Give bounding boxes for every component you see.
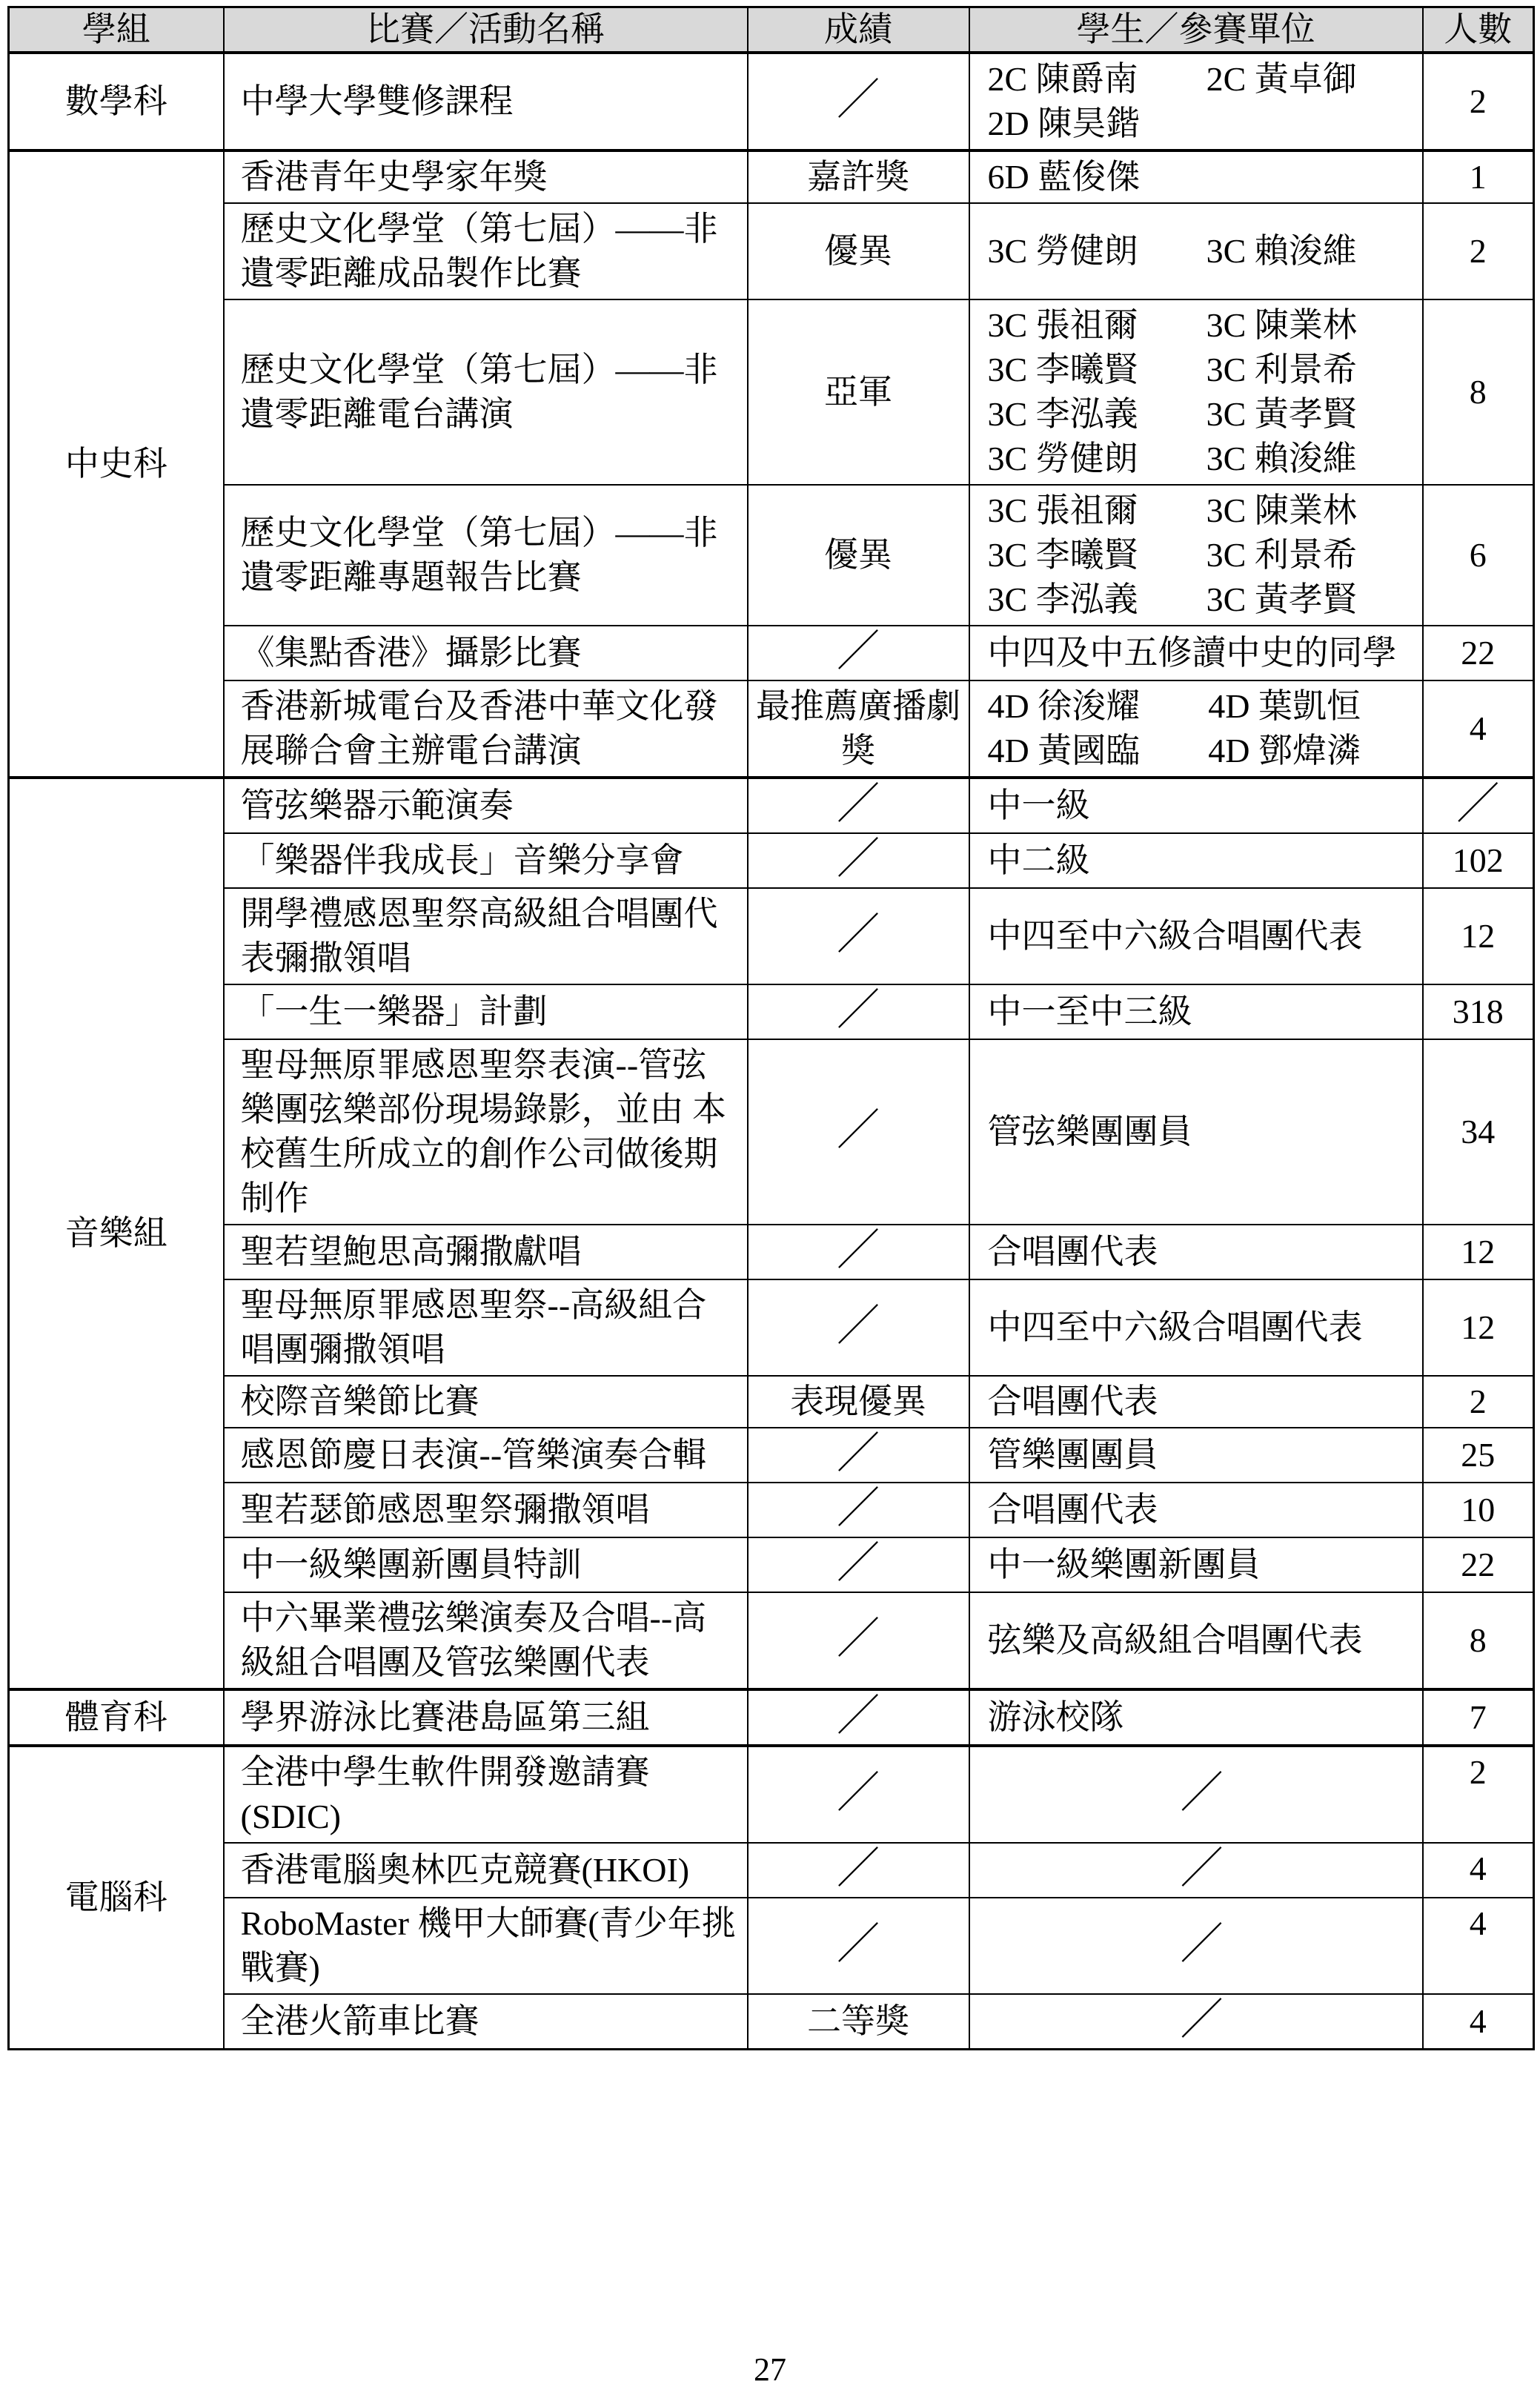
students-cell: 管樂團團員 <box>969 1428 1423 1483</box>
table-row: 聖若望鮑思高彌撒獻唱／合唱團代表12 <box>9 1225 1534 1279</box>
activity-cell: 學界游泳比賽港島區第三組 <box>224 1689 748 1746</box>
students-cell: 中四及中五修讀中史的同學 <box>969 626 1423 680</box>
students-cell: 合唱團代表 <box>969 1483 1423 1537</box>
table-row: 聖母無原罪感恩聖祭--高級組合唱團彌撒領唱／中四至中六級合唱團代表12 <box>9 1279 1534 1376</box>
result-cell: 最推薦廣播劇獎 <box>748 680 969 778</box>
table-row: 電腦科全港中學生軟件開發邀請賽(SDIC)／／2 <box>9 1746 1534 1843</box>
table-row: 中六畢業禮弦樂演奏及合唱--高級組合唱團及管弦樂團代表／弦樂及高級組合唱團代表8 <box>9 1592 1534 1689</box>
activity-cell: 管弦樂器示範演奏 <box>224 778 748 833</box>
result-cell: 嘉許獎 <box>748 150 969 203</box>
students-cell: 4D 徐浚耀 4D 葉凱恒 4D 黃國臨 4D 鄧煒潾 <box>969 680 1423 778</box>
count-cell: 4 <box>1423 1898 1534 1994</box>
result-cell: ／ <box>748 626 969 680</box>
students-cell: ／ <box>969 1746 1423 1843</box>
table-header: 學組比賽／活動名稱成績學生／參賽單位人數 <box>9 7 1534 53</box>
group-cell: 體育科 <box>9 1689 224 1746</box>
slash-placeholder: ／ <box>837 986 880 1034</box>
column-header: 成績 <box>748 7 969 53</box>
slash-placeholder: ／ <box>837 910 880 958</box>
count-cell: 2 <box>1423 1746 1534 1843</box>
table-row: 開學禮感恩聖祭高級組合唱團代表彌撒領唱／中四至中六級合唱團代表12 <box>9 888 1534 984</box>
table-row: RoboMaster 機甲大師賽(青少年挑戰賽)／／4 <box>9 1898 1534 1994</box>
page-number: 27 <box>0 2351 1540 2388</box>
result-cell: ／ <box>748 1428 969 1483</box>
students-cell: 6D 藍俊傑 <box>969 150 1423 203</box>
count-cell: 4 <box>1423 1994 1534 2050</box>
slash-placeholder: ／ <box>837 1226 880 1274</box>
slash-placeholder: ／ <box>837 76 880 124</box>
activity-cell: 聖母無原罪感恩聖祭--高級組合唱團彌撒領唱 <box>224 1279 748 1376</box>
count-cell: 22 <box>1423 1537 1534 1592</box>
students-cell: 中二級 <box>969 833 1423 888</box>
count-cell: 4 <box>1423 1843 1534 1898</box>
slash-placeholder: ／ <box>837 1615 880 1663</box>
table-row: 感恩節慶日表演--管樂演奏合輯／管樂團團員25 <box>9 1428 1534 1483</box>
result-cell: 二等獎 <box>748 1994 969 2050</box>
students-cell: ／ <box>969 1843 1423 1898</box>
slash-placeholder: ／ <box>837 1539 880 1587</box>
students-cell: ／ <box>969 1994 1423 2050</box>
count-cell: 2 <box>1423 1376 1534 1428</box>
column-header: 學生／參賽單位 <box>969 7 1423 53</box>
count-cell: 12 <box>1423 888 1534 984</box>
count-cell: 12 <box>1423 1279 1534 1376</box>
table-row: 《集點香港》攝影比賽／中四及中五修讀中史的同學22 <box>9 626 1534 680</box>
students-cell: 弦樂及高級組合唱團代表 <box>969 1592 1423 1689</box>
slash-placeholder: ／ <box>837 1429 880 1477</box>
activity-cell: 全港火箭車比賽 <box>224 1994 748 2050</box>
count-cell: 8 <box>1423 1592 1534 1689</box>
result-cell: ／ <box>748 778 969 833</box>
activity-cell: 「樂器伴我成長」音樂分享會 <box>224 833 748 888</box>
group-cell: 電腦科 <box>9 1746 224 2050</box>
result-cell: 亞軍 <box>748 299 969 485</box>
result-cell: 優異 <box>748 485 969 626</box>
table-row: 歷史文化學堂（第七屆）——非遺零距離成品製作比賽優異3C 勞健朗 3C 賴浚維2 <box>9 203 1534 299</box>
result-cell: ／ <box>748 1898 969 1994</box>
result-cell: ／ <box>748 1746 969 1843</box>
count-cell: 2 <box>1423 53 1534 150</box>
activity-cell: 感恩節慶日表演--管樂演奏合輯 <box>224 1428 748 1483</box>
activity-cell: 歷史文化學堂（第七屆）——非遺零距離成品製作比賽 <box>224 203 748 299</box>
students-cell: 合唱團代表 <box>969 1225 1423 1279</box>
students-cell: 中四至中六級合唱團代表 <box>969 1279 1423 1376</box>
count-cell: 8 <box>1423 299 1534 485</box>
table-body: 數學科中學大學雙修課程／2C 陳爵南 2C 黃卓御 2D 陳昊鍇2中史科香港青年… <box>9 53 1534 2050</box>
result-cell: ／ <box>748 1537 969 1592</box>
slash-placeholder: ／ <box>837 1769 880 1817</box>
activity-cell: 聖若瑟節感恩聖祭彌撒領唱 <box>224 1483 748 1537</box>
activity-cell: 歷史文化學堂（第七屆）——非遺零距離專題報告比賽 <box>224 485 748 626</box>
group-cell: 數學科 <box>9 53 224 150</box>
activity-cell: 中學大學雙修課程 <box>224 53 748 150</box>
count-cell: 6 <box>1423 485 1534 626</box>
count-cell: 10 <box>1423 1483 1534 1537</box>
header-row: 學組比賽／活動名稱成績學生／參賽單位人數 <box>9 7 1534 53</box>
count-cell: 25 <box>1423 1428 1534 1483</box>
table-row: 音樂組管弦樂器示範演奏／中一級／ <box>9 778 1534 833</box>
column-header: 比賽／活動名稱 <box>224 7 748 53</box>
activity-cell: 開學禮感恩聖祭高級組合唱團代表彌撒領唱 <box>224 888 748 984</box>
table-row: 香港新城電台及香港中華文化發展聯合會主辦電台講演最推薦廣播劇獎4D 徐浚耀 4D… <box>9 680 1534 778</box>
count-cell: 22 <box>1423 626 1534 680</box>
slash-placeholder: ／ <box>1456 780 1499 828</box>
count-cell: 2 <box>1423 203 1534 299</box>
activity-cell: 香港新城電台及香港中華文化發展聯合會主辦電台講演 <box>224 680 748 778</box>
slash-placeholder: ／ <box>1180 1769 1223 1817</box>
slash-placeholder: ／ <box>837 1484 880 1532</box>
students-cell: 中一級 <box>969 778 1423 833</box>
activity-cell: 「一生一樂器」計劃 <box>224 984 748 1039</box>
table-row: 中一級樂團新團員特訓／中一級樂團新團員22 <box>9 1537 1534 1592</box>
activity-cell: 全港中學生軟件開發邀請賽(SDIC) <box>224 1746 748 1843</box>
count-cell: 12 <box>1423 1225 1534 1279</box>
students-cell: 3C 勞健朗 3C 賴浚維 <box>969 203 1423 299</box>
table-row: 數學科中學大學雙修課程／2C 陳爵南 2C 黃卓御 2D 陳昊鍇2 <box>9 53 1534 150</box>
activity-cell: 香港電腦奧林匹克競賽(HKOI) <box>224 1843 748 1898</box>
document-page: 學組比賽／活動名稱成績學生／參賽單位人數 數學科中學大學雙修課程／2C 陳爵南 … <box>0 0 1540 2401</box>
students-cell: 3C 張祖爾 3C 陳業林 3C 李曦賢 3C 利景希 3C 李泓義 3C 黃孝… <box>969 485 1423 626</box>
table-row: 校際音樂節比賽表現優異合唱團代表2 <box>9 1376 1534 1428</box>
slash-placeholder: ／ <box>837 780 880 828</box>
table-row: 歷史文化學堂（第七屆）——非遺零距離專題報告比賽優異3C 張祖爾 3C 陳業林 … <box>9 485 1534 626</box>
slash-placeholder: ／ <box>1180 1996 1223 2044</box>
slash-placeholder: ／ <box>837 1302 880 1350</box>
slash-placeholder: ／ <box>1180 1920 1223 1968</box>
slash-placeholder: ／ <box>837 1692 880 1740</box>
result-cell: ／ <box>748 984 969 1039</box>
result-cell: ／ <box>748 1279 969 1376</box>
group-cell: 中史科 <box>9 150 224 778</box>
activity-cell: RoboMaster 機甲大師賽(青少年挑戰賽) <box>224 1898 748 1994</box>
table-row: 全港火箭車比賽二等獎／4 <box>9 1994 1534 2050</box>
table-row: 香港電腦奧林匹克競賽(HKOI)／／4 <box>9 1843 1534 1898</box>
slash-placeholder: ／ <box>837 1844 880 1892</box>
result-cell: ／ <box>748 1039 969 1225</box>
result-cell: ／ <box>748 1592 969 1689</box>
count-cell: 1 <box>1423 150 1534 203</box>
students-cell: 管弦樂團團員 <box>969 1039 1423 1225</box>
count-cell: 34 <box>1423 1039 1534 1225</box>
table-row: 中史科香港青年史學家年獎嘉許獎6D 藍俊傑1 <box>9 150 1534 203</box>
column-header: 學組 <box>9 7 224 53</box>
results-table: 學組比賽／活動名稱成績學生／參賽單位人數 數學科中學大學雙修課程／2C 陳爵南 … <box>7 6 1535 2050</box>
slash-placeholder: ／ <box>837 1920 880 1968</box>
count-cell: 102 <box>1423 833 1534 888</box>
table-row: 「樂器伴我成長」音樂分享會／中二級102 <box>9 833 1534 888</box>
students-cell: 3C 張祖爾 3C 陳業林 3C 李曦賢 3C 利景希 3C 李泓義 3C 黃孝… <box>969 299 1423 485</box>
table-row: 體育科學界游泳比賽港島區第三組／游泳校隊7 <box>9 1689 1534 1746</box>
group-cell: 音樂組 <box>9 778 224 1689</box>
result-cell: ／ <box>748 833 969 888</box>
count-cell: ／ <box>1423 778 1534 833</box>
students-cell: 合唱團代表 <box>969 1376 1423 1428</box>
slash-placeholder: ／ <box>837 627 880 675</box>
activity-cell: 《集點香港》攝影比賽 <box>224 626 748 680</box>
result-cell: ／ <box>748 1843 969 1898</box>
slash-placeholder: ／ <box>1180 1844 1223 1892</box>
result-cell: 表現優異 <box>748 1376 969 1428</box>
result-cell: ／ <box>748 1689 969 1746</box>
activity-cell: 中一級樂團新團員特訓 <box>224 1537 748 1592</box>
result-cell: 優異 <box>748 203 969 299</box>
students-cell: 中一至中三級 <box>969 984 1423 1039</box>
result-cell: ／ <box>748 53 969 150</box>
students-cell: 中一級樂團新團員 <box>969 1537 1423 1592</box>
activity-cell: 聖母無原罪感恩聖祭表演--管弦樂團弦樂部份現場錄影，並由 本校舊生所成立的創作公… <box>224 1039 748 1225</box>
slash-placeholder: ／ <box>837 1106 880 1154</box>
result-cell: ／ <box>748 888 969 984</box>
slash-placeholder: ／ <box>837 835 880 883</box>
activity-cell: 香港青年史學家年獎 <box>224 150 748 203</box>
activity-cell: 聖若望鮑思高彌撒獻唱 <box>224 1225 748 1279</box>
count-cell: 318 <box>1423 984 1534 1039</box>
students-cell: 游泳校隊 <box>969 1689 1423 1746</box>
table-row: 聖母無原罪感恩聖祭表演--管弦樂團弦樂部份現場錄影，並由 本校舊生所成立的創作公… <box>9 1039 1534 1225</box>
students-cell: ／ <box>969 1898 1423 1994</box>
result-cell: ／ <box>748 1225 969 1279</box>
activity-cell: 歷史文化學堂（第七屆）——非遺零距離電台講演 <box>224 299 748 485</box>
students-cell: 中四至中六級合唱團代表 <box>969 888 1423 984</box>
table-row: 歷史文化學堂（第七屆）——非遺零距離電台講演亞軍3C 張祖爾 3C 陳業林 3C… <box>9 299 1534 485</box>
count-cell: 7 <box>1423 1689 1534 1746</box>
result-cell: ／ <box>748 1483 969 1537</box>
students-cell: 2C 陳爵南 2C 黃卓御 2D 陳昊鍇 <box>969 53 1423 150</box>
activity-cell: 中六畢業禮弦樂演奏及合唱--高級組合唱團及管弦樂團代表 <box>224 1592 748 1689</box>
table-row: 聖若瑟節感恩聖祭彌撒領唱／合唱團代表10 <box>9 1483 1534 1537</box>
count-cell: 4 <box>1423 680 1534 778</box>
table-row: 「一生一樂器」計劃／中一至中三級318 <box>9 984 1534 1039</box>
activity-cell: 校際音樂節比賽 <box>224 1376 748 1428</box>
column-header: 人數 <box>1423 7 1534 53</box>
